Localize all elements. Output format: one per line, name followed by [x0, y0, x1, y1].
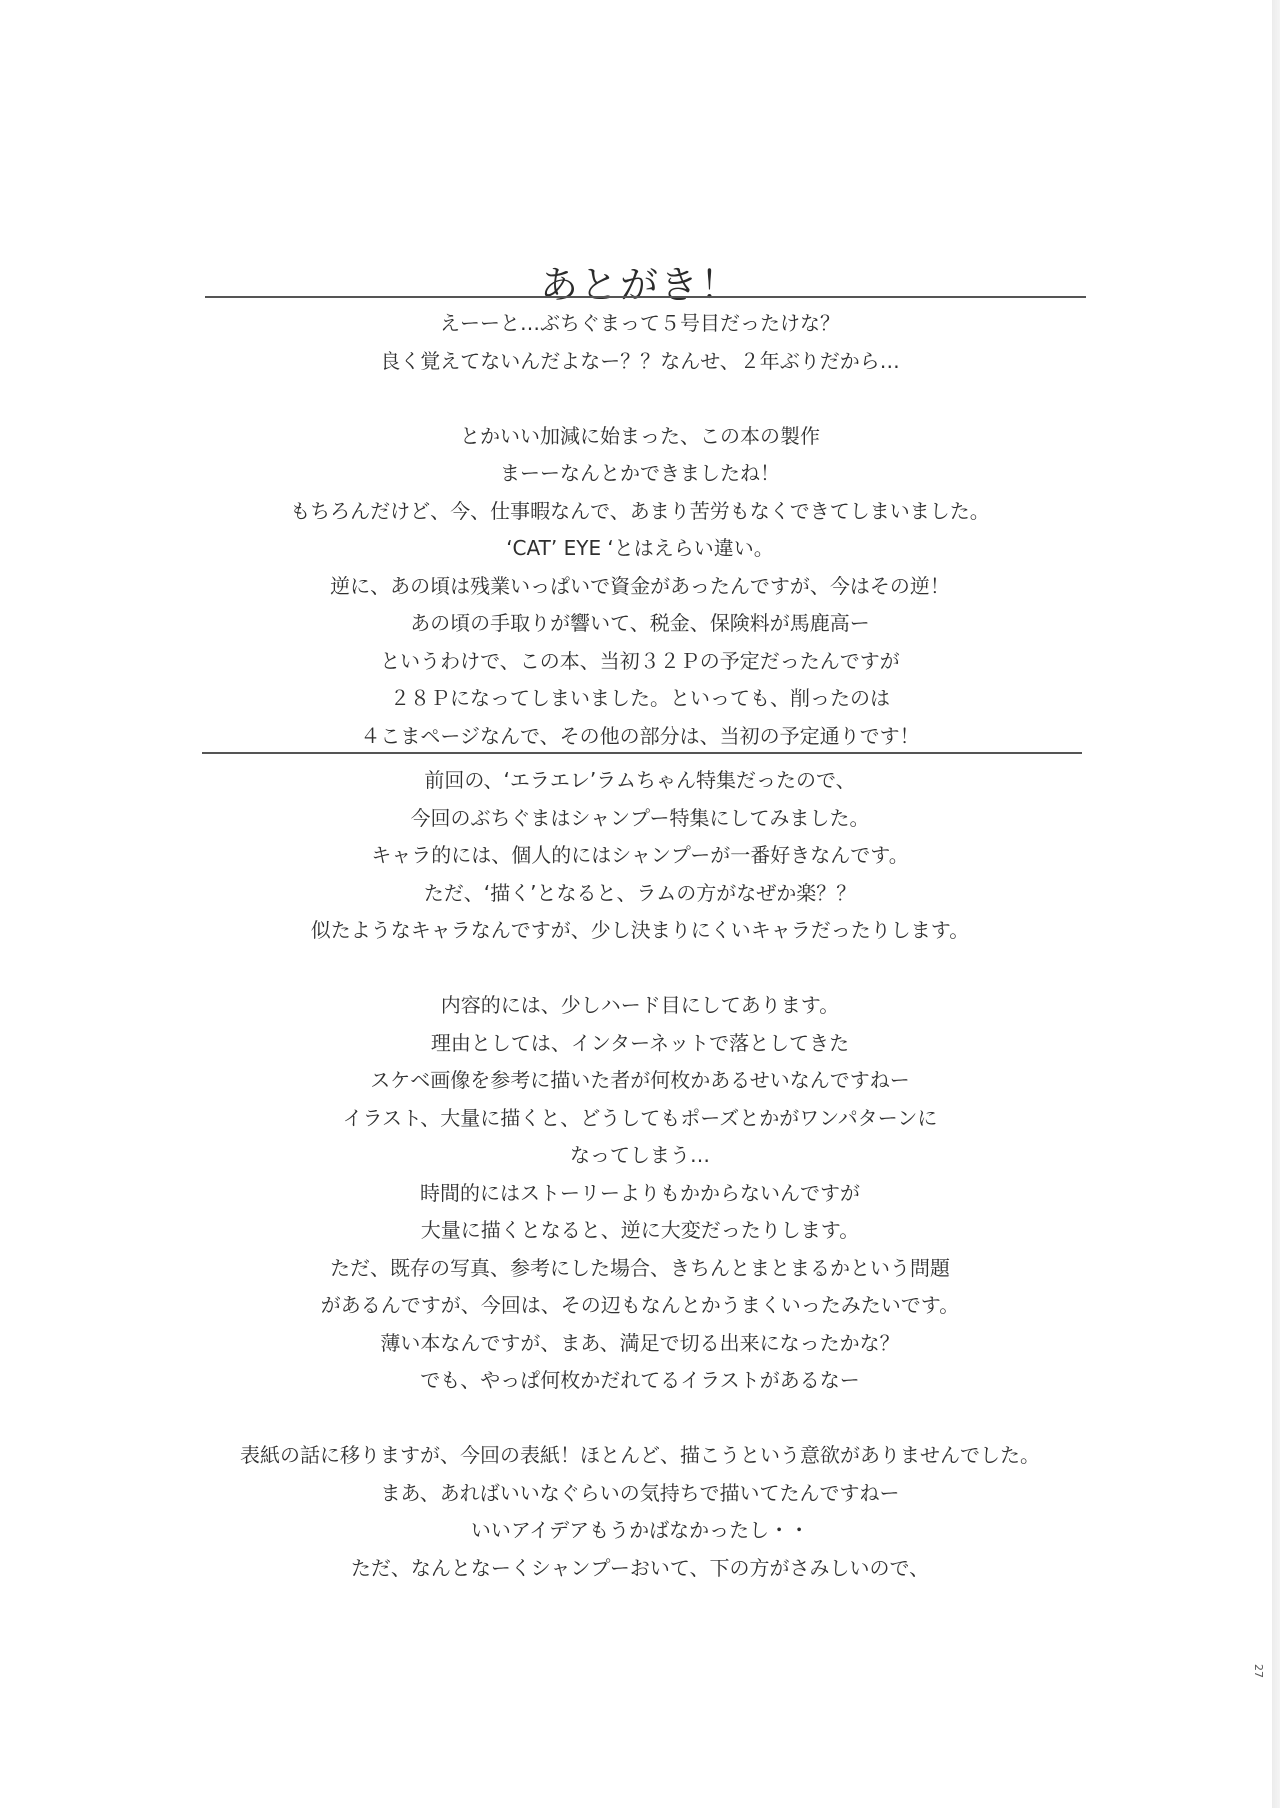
text-line: もちろんだけど、今、仕事暇なんで、あまり苦労もなくできてしまいました。: [0, 493, 1280, 531]
text-line: イラスト、大量に描くと、どうしてもポーズとかがワンパターンに: [0, 1100, 1280, 1138]
text-line: 前回の、‘エラエレ’ラムちゃん特集だったので、: [0, 762, 1280, 800]
paragraph-spacer: [0, 1400, 1280, 1438]
text-line: えーーと…ぶちぐまって５号目だったけな？: [0, 305, 1280, 343]
page-title: あとがき！: [0, 261, 1280, 309]
section-divider: [202, 752, 1082, 754]
text-line: 表紙の話に移りますが、今回の表紙！ほとんど、描こうという意欲がありませんでした。: [0, 1437, 1280, 1475]
text-line: 良く覚えてないんだよなー？？なんせ、２年ぶりだから…: [0, 343, 1280, 381]
text-line: ‘CAT’ EYE ‘とはえらい違い。: [0, 530, 1280, 568]
text-line: まあ、あればいいなぐらいの気持ちで描いてたんですねー: [0, 1475, 1280, 1513]
text-line: スケベ画像を参考に描いた者が何枚かあるせいなんですねー: [0, 1062, 1280, 1100]
text-line: 理由としては、インターネットで落としてきた: [0, 1025, 1280, 1063]
title-divider: [205, 296, 1086, 298]
afterword-section-1: えーーと…ぶちぐまって５号目だったけな？良く覚えてないんだよなー？？なんせ、２年…: [0, 305, 1280, 755]
text-line: ただ、既存の写真、参考にした場合、きちんとまとまるかという問題: [0, 1250, 1280, 1288]
text-line: 逆に、あの頃は残業いっぱいで資金があったんですが、今はその逆！: [0, 568, 1280, 606]
text-line: 今回のぶちぐまはシャンプー特集にしてみました。: [0, 800, 1280, 838]
text-line: 大量に描くとなると、逆に大変だったりします。: [0, 1212, 1280, 1250]
text-line: まーーなんとかできましたね！: [0, 455, 1280, 493]
text-line: 似たようなキャラなんですが、少し決まりにくいキャラだったりします。: [0, 912, 1280, 950]
text-line: ただ、なんとなーくシャンプーおいて、下の方がさみしいので、: [0, 1550, 1280, 1588]
text-line: でも、やっぱ何枚かだれてるイラストがあるなー: [0, 1362, 1280, 1400]
page-number: 27: [1252, 1664, 1264, 1678]
text-line: ただ、‘描く’となると、ラムの方がなぜか楽？？: [0, 875, 1280, 913]
text-line: ４こまページなんで、その他の部分は、当初の予定通りです！: [0, 718, 1280, 756]
text-line: というわけで、この本、当初３２Ｐの予定だったんですが: [0, 643, 1280, 681]
text-line: 内容的には、少しハード目にしてあります。: [0, 987, 1280, 1025]
text-line: あの頃の手取りが響いて、税金、保険料が馬鹿高ー: [0, 605, 1280, 643]
text-line: ２８Ｐになってしまいました。といっても、削ったのは: [0, 680, 1280, 718]
text-line: とかいい加減に始まった、この本の製作: [0, 418, 1280, 456]
afterword-section-2: 前回の、‘エラエレ’ラムちゃん特集だったので、今回のぶちぐまはシャンプー特集にし…: [0, 762, 1280, 1587]
text-line: 薄い本なんですが、まあ、満足で切る出来になったかな？: [0, 1325, 1280, 1363]
paragraph-spacer: [0, 380, 1280, 418]
text-line: があるんですが、今回は、その辺もなんとかうまくいったみたいです。: [0, 1287, 1280, 1325]
text-line: キャラ的には、個人的にはシャンプーが一番好きなんです。: [0, 837, 1280, 875]
text-line: 時間的にはストーリーよりもかからないんですが: [0, 1175, 1280, 1213]
text-line: なってしまう…: [0, 1137, 1280, 1175]
paragraph-spacer: [0, 950, 1280, 988]
text-line: いいアイデアもうかばなかったし・・: [0, 1512, 1280, 1550]
